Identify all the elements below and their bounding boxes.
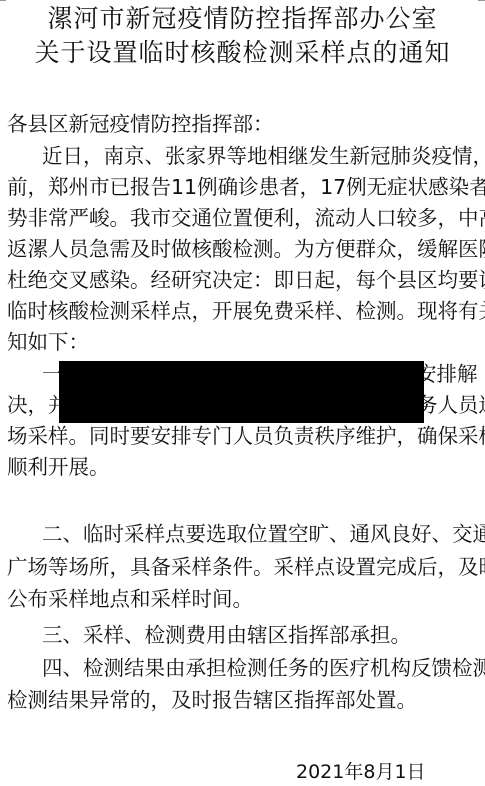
body-line: 前，郑州市已报告11例确诊患者，17例无症状感染者，疫情形: [7, 173, 478, 201]
body-line: 检测结果异常的，及时报告辖区指挥部处置。: [7, 686, 478, 714]
body-line: 知如下：: [7, 328, 478, 356]
document-title-line-2: 关于设置临时核酸检测采样点的通知: [0, 38, 485, 68]
body-line-item-4: 四、检测结果由承担检测任务的医疗机构反馈检测者，: [42, 654, 478, 682]
body-line-item-3: 三、采样、检测费用由辖区指挥部承担。: [42, 621, 478, 649]
document-date: 2021年8月1日: [296, 759, 426, 785]
scan-artifact: [0, 0, 6, 1]
body-line: 场采样。同时要安排专门人员负责秩序维护，确保采样工作: [7, 422, 478, 450]
body-line: 广场等场所，具备采样条件。采样点设置完成后，及时向社会: [7, 553, 478, 581]
redaction-box: [59, 361, 424, 423]
document-title-line-1: 漯河市新冠疫情防控指挥部办公室: [0, 4, 485, 34]
body-line-item-1-tail: 安排解: [416, 360, 478, 388]
body-line: 返漯人员急需及时做核酸检测。为方便群众，缓解医院压力，: [7, 235, 478, 263]
body-line: 近日，南京、张家界等地相继发生新冠肺炎疫情，截止目: [42, 142, 478, 170]
scan-artifact: [478, 0, 485, 1]
body-line: 势非常严峻。我市交通位置便利，流动人口较多，中高风险区: [7, 204, 478, 232]
body-line: 临时核酸检测采样点，开展免费采样、检测。现将有关事宜通: [7, 297, 478, 325]
body-line-item-2: 二、临时采样点要选取位置空旷、通风良好、交通方便的: [42, 520, 478, 548]
body-line: 杜绝交叉感染。经研究决定：即日起，每个县区均要设置一个: [7, 266, 478, 294]
body-line: 公布采样地点和采样时间。: [7, 585, 478, 613]
body-line: 顺利开展。: [7, 453, 478, 481]
salutation: 各县区新冠疫情防控指挥部：: [7, 110, 478, 138]
